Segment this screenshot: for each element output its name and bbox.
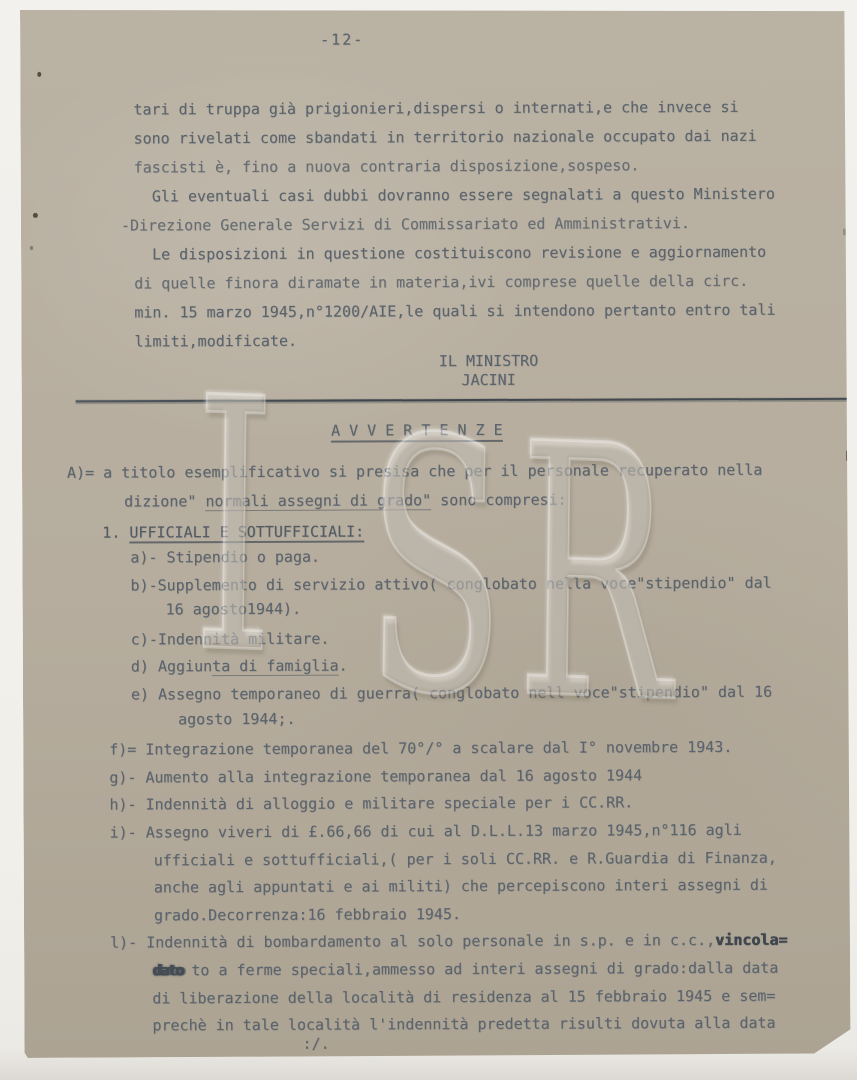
list-item-l: l)- Indennità di bombardamento al solo p… xyxy=(110,927,787,958)
text-line: Gli eventuali casi dubbi dovranno essere… xyxy=(152,180,775,212)
document-page: -12- tari di truppa già prigionieri,disp… xyxy=(20,6,851,1058)
notice-title: A V V E R T E N Z E xyxy=(22,420,812,441)
signature-name: JACINI xyxy=(322,370,656,390)
body-text: tari di truppa già prigionieri,dispersi … xyxy=(133,93,775,357)
text-line: dizione" normali assegni di grado" sono … xyxy=(124,485,762,517)
section-a: A)= a titolo esemplificativo si presisa … xyxy=(67,456,763,517)
section-1-heading: 1. UFFICIALI E SOTTUFFICIALI: xyxy=(102,518,364,547)
list-item-c: c)-Indennità militare. xyxy=(131,623,786,653)
list-item-l-cont: di liberazione della località di residen… xyxy=(152,982,787,1012)
overtyped-word: vincola= xyxy=(715,931,787,949)
text-line: A)= a titolo esemplificativo si presisa … xyxy=(67,456,762,488)
list-item-i-cont: ufficiali e sottufficiali,( per i soli C… xyxy=(154,844,787,874)
paper-speck xyxy=(37,72,41,77)
list-item-i: i)- Assegno viveri di £.66,66 di cui al … xyxy=(110,817,787,848)
list-item-e: e) Assegno temporaneo di guerra( conglob… xyxy=(131,679,786,709)
list-item-a: a)- Stipendio o paga. xyxy=(130,542,785,572)
paper-speck xyxy=(843,228,847,235)
text-line: tari di truppa già prigionieri,dispersi … xyxy=(133,93,774,125)
scanned-document-photo: { "colors": {"paper":"#b6ad9e","ink":"#5… xyxy=(0,0,857,1080)
page-number: -12- xyxy=(320,30,364,48)
underlined-heading: UFFICIALI E SOTTUFFICIALI: xyxy=(129,523,364,544)
list-item-i-cont: grado.Decorrenza:16 febbraio 1945. xyxy=(154,899,787,929)
list-item-f: f)= Integrazione temporanea del 70°/° a … xyxy=(109,734,786,765)
list-item-d: d) Aggiunta di famiglia. xyxy=(131,651,786,681)
list-item-i-cont: anche agli appuntati e ai militi) che pe… xyxy=(154,872,787,902)
text-line: fascisti è, fino a nuova contraria dispo… xyxy=(134,151,775,183)
text-line: sono rivelati come sbandati in territori… xyxy=(134,122,775,154)
list-item-e-cont: agosto 1944;. xyxy=(178,703,786,733)
text-line: 1. UFFICIALI E SOTTUFFICIALI: xyxy=(102,518,364,547)
list-item-l-cont: prechè in tale località l'indennità pred… xyxy=(152,1010,787,1040)
list-item-h: h)- Indennità di alloggio e militare spe… xyxy=(109,789,786,820)
divider-line xyxy=(76,398,848,402)
paper-speck xyxy=(30,246,33,250)
text-line: Le disposizioni in questione costituisco… xyxy=(152,238,775,270)
signature-role: IL MINISTRO xyxy=(321,351,655,371)
item-list: a)- Stipendio o paga. b)-Supplemento di … xyxy=(108,542,787,1041)
paper-speck xyxy=(33,213,38,218)
list-item-l-cont: dato to a ferme speciali,ammesso ad inte… xyxy=(152,955,787,985)
underlined-phrase: normali assegni di grado" xyxy=(205,491,431,511)
underlined-phrase: ta di famiglia xyxy=(212,657,339,677)
list-item-g: g)- Aumento alla integrazione temporanea… xyxy=(109,761,786,792)
notice-title-text: A V V E R T E N Z E xyxy=(331,421,503,443)
text-line: min. 15 marzo 1945,n°1200/AIE,le quali s… xyxy=(134,296,775,328)
struck-out-word: dato xyxy=(152,961,182,979)
paper-speck xyxy=(846,450,852,461)
list-item-b-cont: 16 agosto1944). xyxy=(166,594,786,624)
list-item-b: b)-Supplemento di servizio attivo( congl… xyxy=(130,569,785,599)
continuation-mark: :/. xyxy=(302,1035,329,1053)
text-line: di quelle finora diramate in materia,ivi… xyxy=(134,267,775,299)
signature-block: IL MINISTRO JACINI xyxy=(321,351,655,390)
text-line: -Direzione Generale Servizi di Commissar… xyxy=(121,209,775,241)
